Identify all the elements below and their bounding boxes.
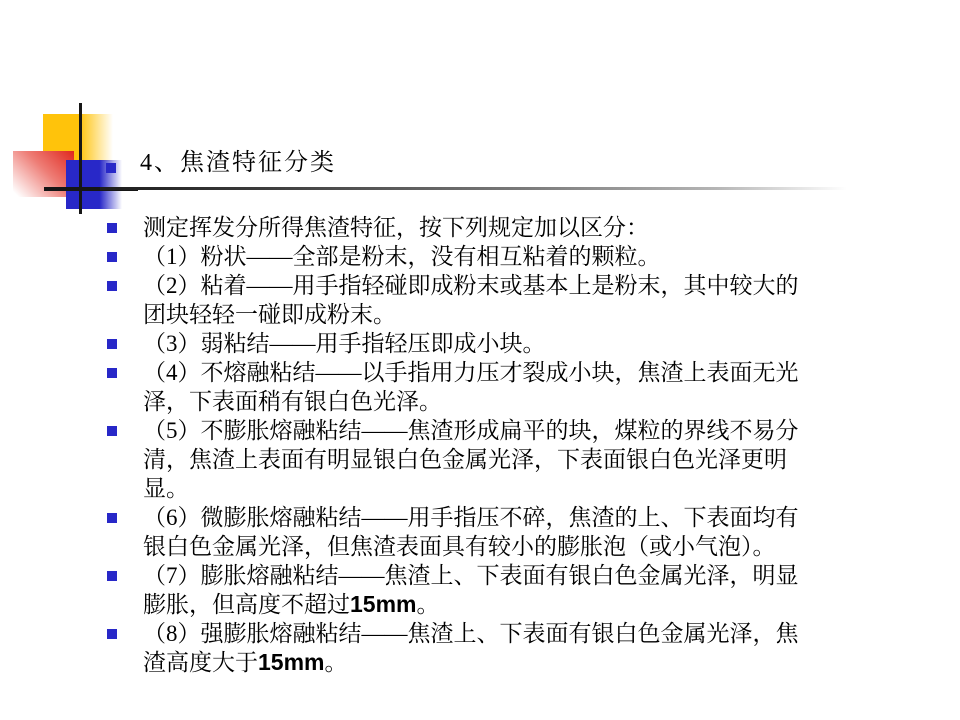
list-item-text: （8）强膨胀熔融粘结——焦渣上、下表面有银白色金属光泽，焦 渣高度大于15mm。 xyxy=(143,621,799,675)
bold-value: 15mm xyxy=(350,591,416,617)
page-title: 4、焦渣特征分类 xyxy=(140,149,336,177)
list-item: （5）不膨胀熔融粘结——焦渣形成扁平的块，煤粒的界线不易分 清，焦渣上表面有明显… xyxy=(107,416,927,503)
item-text: （3）弱粘结——用手指轻压即成小块。 xyxy=(143,331,546,356)
list-item: （7）膨胀熔融粘结——焦渣上、下表面有银白色金属光泽，明显 膨胀，但高度不超过1… xyxy=(107,561,927,619)
list-item: （6）微膨胀熔融粘结——用手指压不碎，焦渣的上、下表面均有 银白色金属光泽，但焦… xyxy=(107,503,927,561)
list-item-text: （4）不熔融粘结——以手指用力压才裂成小块，焦渣上表面无光 泽，下表面稍有银白色… xyxy=(143,360,799,414)
ornament-vertical-line xyxy=(79,103,82,214)
item-text: （7）膨胀熔融粘结——焦渣上、下表面有银白色金属光泽，明显 膨胀，但高度不超过 xyxy=(143,563,799,617)
title-bullet-square-icon xyxy=(106,163,116,173)
body-list: 测定挥发分所得焦渣特征，按下列规定加以区分： （1）粉状——全部是粉末，没有相互… xyxy=(107,213,927,677)
list-item: （3）弱粘结——用手指轻压即成小块。 xyxy=(107,329,927,358)
bullet-square-icon xyxy=(107,368,117,378)
item-text: （1）粉状——全部是粉末，没有相互粘着的颗粒。 xyxy=(143,244,661,269)
bullet-square-icon xyxy=(107,629,117,639)
item-text: （6）微膨胀熔融粘结——用手指压不碎，焦渣的上、下表面均有 银白色金属光泽，但焦… xyxy=(143,505,799,559)
list-item: （8）强膨胀熔融粘结——焦渣上、下表面有银白色金属光泽，焦 渣高度大于15mm。 xyxy=(107,619,927,677)
item-text: （8）强膨胀熔融粘结——焦渣上、下表面有银白色金属光泽，焦 渣高度大于 xyxy=(143,621,799,675)
list-item: 测定挥发分所得焦渣特征，按下列规定加以区分： xyxy=(107,213,927,242)
bullet-square-icon xyxy=(107,281,117,291)
list-item-text: （1）粉状——全部是粉末，没有相互粘着的颗粒。 xyxy=(143,244,661,269)
list-item-text: （2）粘着——用手指轻碰即成粉末或基本上是粉末，其中较大的 团块轻轻一碰即成粉末… xyxy=(143,273,799,327)
list-item-text: （6）微膨胀熔融粘结——用手指压不碎，焦渣的上、下表面均有 银白色金属光泽，但焦… xyxy=(143,505,799,559)
bullet-square-icon xyxy=(107,252,117,262)
list-item: （4）不熔融粘结——以手指用力压才裂成小块，焦渣上表面无光 泽，下表面稍有银白色… xyxy=(107,358,927,416)
list-item-text: （3）弱粘结——用手指轻压即成小块。 xyxy=(143,331,546,356)
item-text: （4）不熔融粘结——以手指用力压才裂成小块，焦渣上表面无光 泽，下表面稍有银白色… xyxy=(143,360,799,414)
list-item-text: （7）膨胀熔融粘结——焦渣上、下表面有银白色金属光泽，明显 膨胀，但高度不超过1… xyxy=(143,563,799,617)
item-text-tail: 。 xyxy=(416,592,439,617)
bullet-square-icon xyxy=(107,513,117,523)
bullet-square-icon xyxy=(107,426,117,436)
slide: 4、焦渣特征分类 测定挥发分所得焦渣特征，按下列规定加以区分： （1）粉状——全… xyxy=(0,0,960,720)
list-item: （2）粘着——用手指轻碰即成粉末或基本上是粉末，其中较大的 团块轻轻一碰即成粉末… xyxy=(107,271,927,329)
list-item-text: 测定挥发分所得焦渣特征，按下列规定加以区分： xyxy=(143,215,649,240)
item-text-tail: 。 xyxy=(324,650,347,675)
title-divider-line xyxy=(100,187,870,190)
bullet-square-icon xyxy=(107,571,117,581)
bold-value: 15mm xyxy=(258,649,324,675)
list-item-text: （5）不膨胀熔融粘结——焦渣形成扁平的块，煤粒的界线不易分 清，焦渣上表面有明显… xyxy=(143,418,799,501)
bullet-square-icon xyxy=(107,223,117,233)
bullet-square-icon xyxy=(107,339,117,349)
item-text: （5）不膨胀熔融粘结——焦渣形成扁平的块，煤粒的界线不易分 清，焦渣上表面有明显… xyxy=(143,418,799,501)
item-text: （2）粘着——用手指轻碰即成粉末或基本上是粉末，其中较大的 团块轻轻一碰即成粉末… xyxy=(143,273,799,327)
item-text: 测定挥发分所得焦渣特征，按下列规定加以区分： xyxy=(143,215,649,240)
list-item: （1）粉状——全部是粉末，没有相互粘着的颗粒。 xyxy=(107,242,927,271)
